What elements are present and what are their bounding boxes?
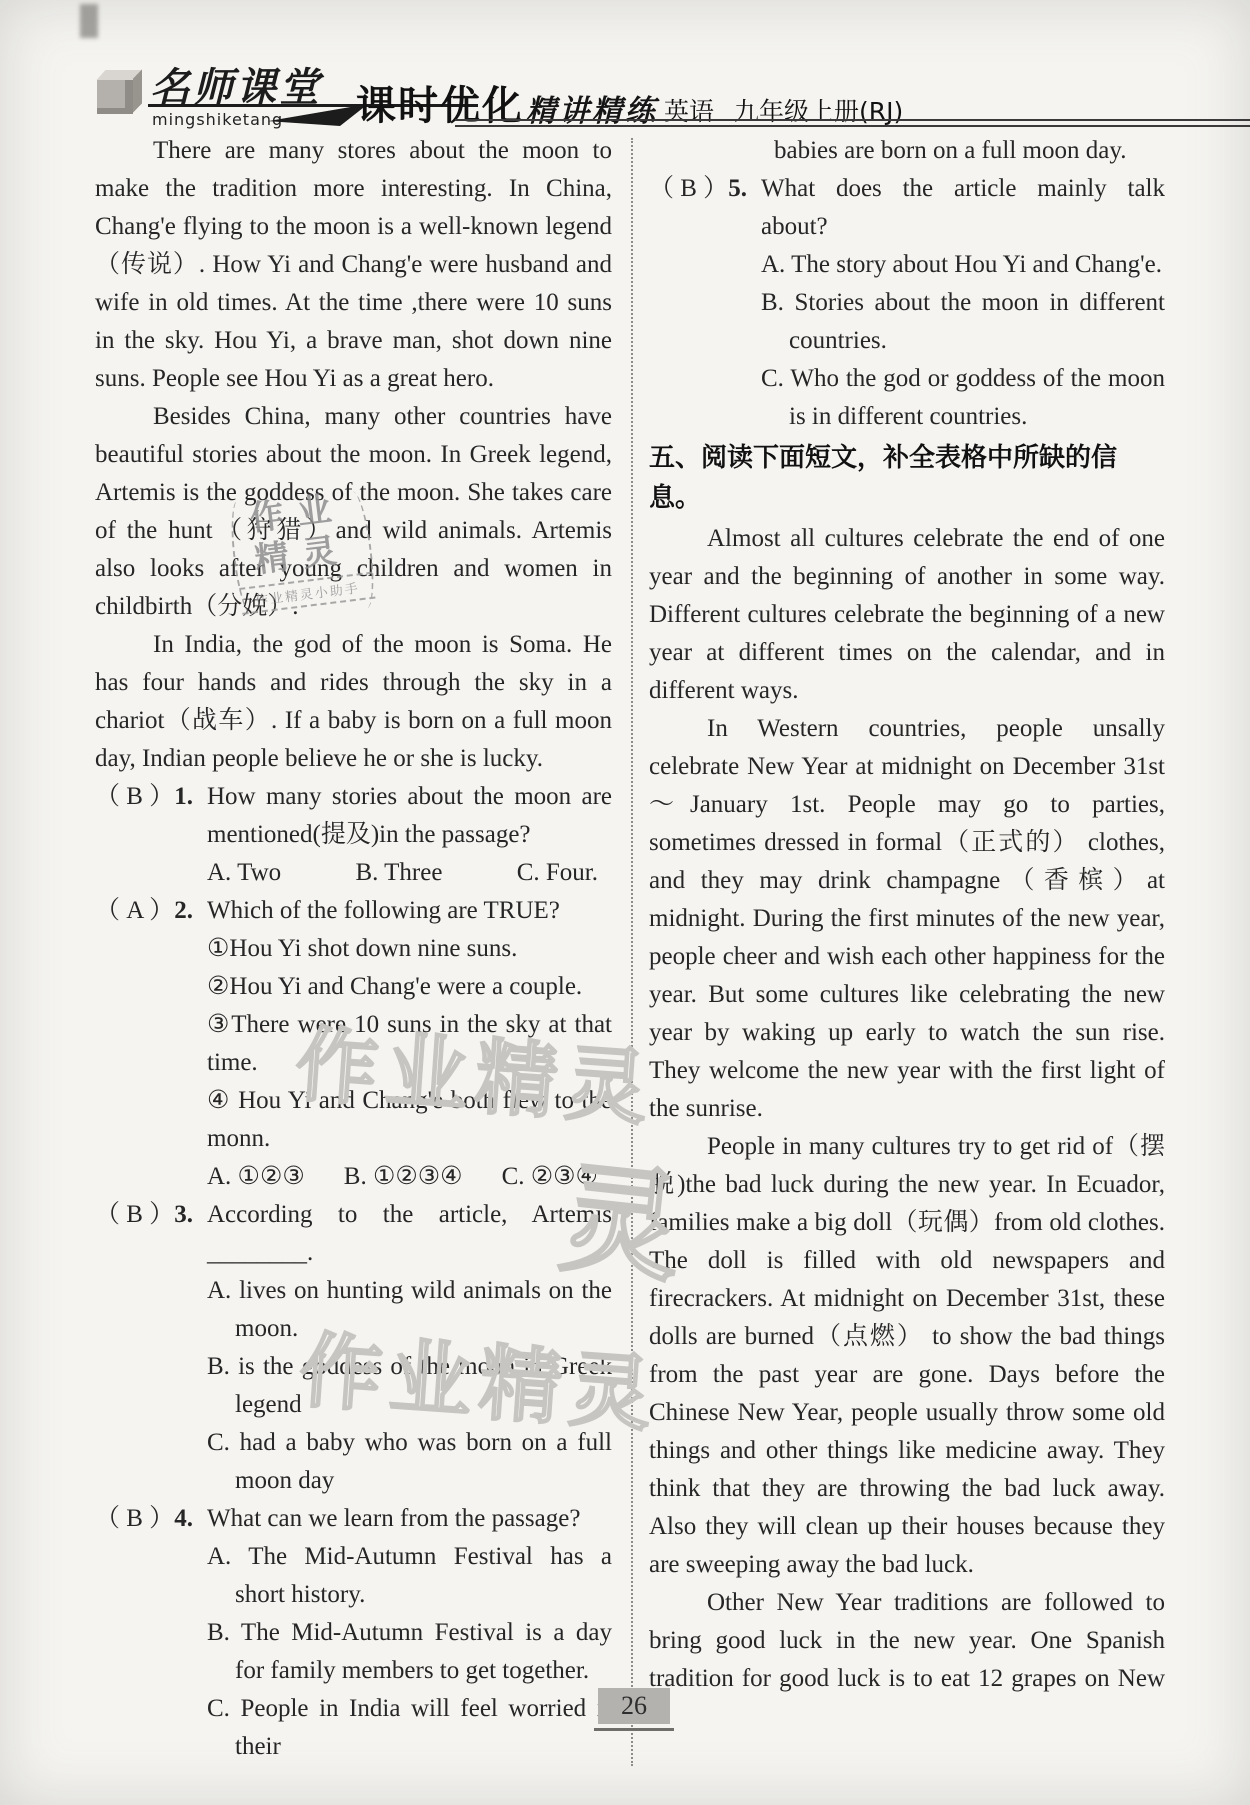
statement-1: ①Hou Yi shot down nine suns.	[207, 930, 612, 968]
answer-letter: （ B ）	[649, 175, 728, 202]
question-4: （ B ）4. What can we learn from the passa…	[95, 1500, 612, 1766]
option-c: C. had a baby who was born on a full moo…	[207, 1424, 612, 1500]
left-column: There are many stores about the moon to …	[95, 132, 612, 1766]
option-c: C. Four.	[517, 854, 598, 892]
question-1: （ B ）1. How many stories about the moon …	[95, 778, 612, 892]
option-b: B. is the goddess of the moon in Greek l…	[207, 1348, 612, 1424]
answer-letter: （ B ）	[95, 783, 174, 810]
question-text: What can we learn from the passage?	[207, 1500, 612, 1538]
question-text: How many stories about the moon are ment…	[207, 778, 612, 854]
answer-blank: （ A ）2.	[95, 892, 193, 930]
question-number: 2.	[174, 897, 193, 924]
logo-subtitle: mingshiketang	[152, 110, 283, 129]
answer-letter: （ B ）	[95, 1201, 174, 1228]
passage-paragraph: There are many stores about the moon to …	[95, 132, 612, 398]
answer-letter: （ B ）	[95, 1505, 174, 1532]
column-divider	[631, 138, 633, 1766]
question-text: What does the article mainly talk about?	[761, 170, 1165, 246]
option-c: C. ②③④	[502, 1158, 598, 1196]
answer-blank: （ B ）1.	[95, 778, 193, 816]
option-a: A. Two	[207, 854, 281, 892]
page-number-underline	[594, 1728, 674, 1731]
workbook-page: 名师课堂 mingshiketang 课时优化 精讲精练 英语 九年级上册(RJ…	[0, 0, 1250, 1805]
option-c: C. Who the god or goddess of the moon is…	[761, 360, 1165, 436]
statement-3: ③There were 10 suns in the sky at that t…	[207, 1006, 612, 1082]
question-3: （ B ）3. According to the article, Artemi…	[95, 1196, 612, 1500]
question-number: 5.	[728, 175, 747, 202]
question-5: （ B ）5. What does the article mainly tal…	[649, 170, 1165, 436]
passage-paragraph: People in many cultures try to get rid o…	[649, 1128, 1165, 1584]
question-text: According to the article, Artemis ______…	[207, 1196, 612, 1272]
option-continuation: babies are born on a full moon day.	[649, 132, 1165, 170]
option-b: B. Three	[355, 854, 442, 892]
statement-4: ④ Hou Yi and Chang'e both flew to the mo…	[207, 1082, 612, 1158]
answer-blank: （ B ）4.	[95, 1500, 193, 1538]
option-a: A. The story about Hou Yi and Chang'e.	[761, 246, 1165, 284]
answer-blank: （ B ）5.	[649, 170, 747, 208]
option-b: B. The Mid-Autumn Festival is a day for …	[207, 1614, 612, 1690]
question-text: Which of the following are TRUE?	[207, 892, 612, 930]
passage-paragraph: Other New Year traditions are followed t…	[649, 1584, 1165, 1698]
answer-letter: （ A ）	[95, 897, 174, 924]
right-column: babies are born on a full moon day. （ B …	[649, 132, 1165, 1766]
passage-paragraph: In India, the god of the moon is Soma. H…	[95, 626, 612, 778]
option-c: C. People in India will feel worried if …	[207, 1690, 612, 1766]
option-a: A. ①②③	[207, 1158, 305, 1196]
page-number-badge: 26	[598, 1688, 670, 1724]
option-b: B. ①②③④	[344, 1158, 463, 1196]
section-5-heading: 五、阅读下面短文，补全表格中所缺的信息。	[649, 438, 1165, 518]
question-number: 4.	[174, 1505, 193, 1532]
option-b: B. Stories about the moon in different c…	[761, 284, 1165, 360]
option-a: A. The Mid-Autumn Festival has a short h…	[207, 1538, 612, 1614]
question-number: 3.	[174, 1201, 193, 1228]
logo-cube-icon	[97, 80, 133, 114]
passage-paragraph: Besides China, many other countries have…	[95, 398, 612, 626]
question-number: 1.	[174, 783, 193, 810]
page-header: 名师课堂 mingshiketang 课时优化 精讲精练 英语 九年级上册(RJ…	[0, 0, 1250, 132]
question-2: （ A ）2. Which of the following are TRUE?…	[95, 892, 612, 1196]
statement-2: ②Hou Yi and Chang'e were a couple.	[207, 968, 612, 1006]
option-a: A. lives on hunting wild animals on the …	[207, 1272, 612, 1348]
header-double-rule	[455, 119, 1250, 127]
page-content: There are many stores about the moon to …	[0, 132, 1250, 1766]
options-row: A. Two B. Three C. Four.	[207, 854, 612, 892]
options-row: A. ①②③ B. ①②③④ C. ②③④	[207, 1158, 612, 1196]
page-number: 26	[621, 1691, 647, 1721]
answer-blank: （ B ）3.	[95, 1196, 193, 1234]
passage-paragraph: Almost all cultures celebrate the end of…	[649, 520, 1165, 710]
passage-paragraph: In Western countries, people unsally cel…	[649, 710, 1165, 1128]
